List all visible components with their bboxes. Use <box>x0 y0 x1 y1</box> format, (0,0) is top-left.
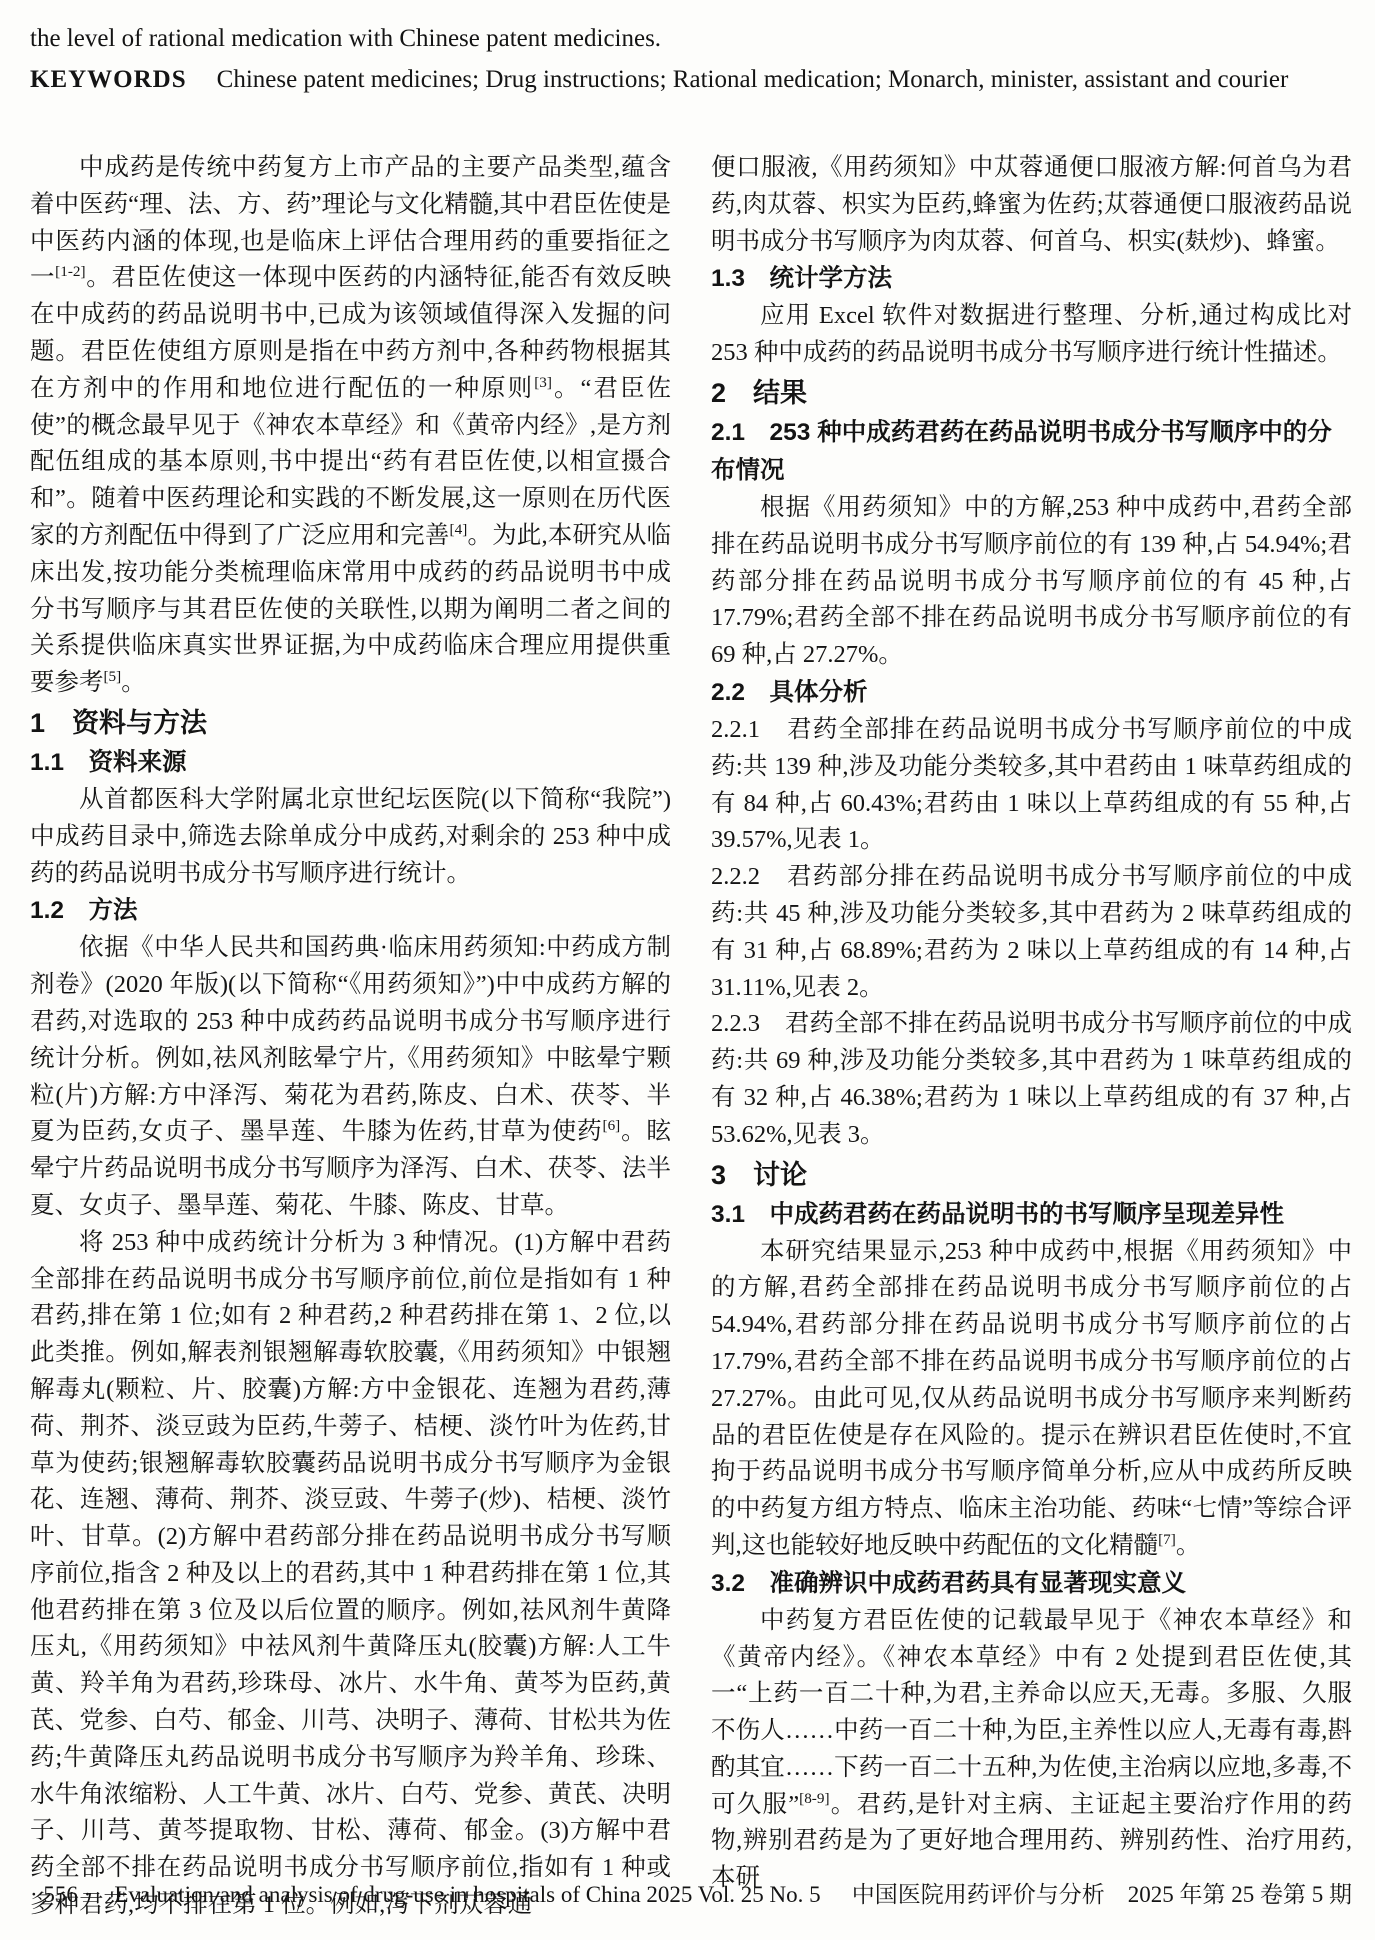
section-heading: 1.3 统计学方法 <box>711 260 1352 298</box>
paragraph: 本研究结果显示,253 种中成药中,根据《用药须知》中的方解,君药全部排在药品说… <box>711 1234 1352 1565</box>
abstract-keywords-block: the level of rational medication with Ch… <box>30 18 1352 100</box>
left-column: 中成药是传统中药复方上市产品的主要产品类型,蕴含着中医药“理、法、方、药”理论与… <box>30 150 671 1924</box>
page-footer: · 556 · Evaluation and analysis of drug-… <box>30 1880 1352 1910</box>
paragraph: 依据《中华人民共和国药典·临床用药须知:中药成方制剂卷》(2020 年版)(以下… <box>30 930 671 1224</box>
paragraph: 中成药是传统中药复方上市产品的主要产品类型,蕴含着中医药“理、法、方、药”理论与… <box>30 150 671 702</box>
paragraph: 2.2.3 君药全部不排在药品说明书成分书写顺序前位的中成药:共 69 种,涉及… <box>711 1006 1352 1153</box>
paragraph: 根据《用药须知》中的方解,253 种中成药中,君药全部排在药品说明书成分书写顺序… <box>711 490 1352 674</box>
section-heading: 2 结果 <box>711 372 1352 414</box>
section-heading: 1 资料与方法 <box>30 702 671 744</box>
keywords-label: KEYWORDS <box>30 66 187 93</box>
section-heading: 1.2 方法 <box>30 892 671 930</box>
paragraph: 便口服液,《用药须知》中苁蓉通便口服液方解:何首乌为君药,肉苁蓉、枳实为臣药,蜂… <box>711 150 1352 260</box>
section-heading: 1.1 资料来源 <box>30 744 671 782</box>
right-column: 便口服液,《用药须知》中苁蓉通便口服液方解:何首乌为君药,肉苁蓉、枳实为臣药,蜂… <box>711 150 1352 1924</box>
two-column-body: 中成药是传统中药复方上市产品的主要产品类型,蕴含着中医药“理、法、方、药”理论与… <box>30 150 1352 1924</box>
paragraph: 从首都医科大学附属北京世纪坛医院(以下简称“我院”)中成药目录中,筛选去除单成分… <box>30 782 671 892</box>
abstract-last-line: the level of rational medication with Ch… <box>30 18 1352 59</box>
section-heading: 3 讨论 <box>711 1154 1352 1196</box>
section-heading: 3.1 中成药君药在药品说明书的书写顺序呈现差异性 <box>711 1196 1352 1234</box>
footer-left-running-title: · 556 · Evaluation and analysis of drug-… <box>30 1880 821 1910</box>
keywords-line: KEYWORDSChinese patent medicines; Drug i… <box>30 59 1352 100</box>
paragraph: 应用 Excel 软件对数据进行整理、分析,通过构成比对 253 种中成药的药品… <box>711 298 1352 372</box>
paragraph: 2.2.2 君药部分排在药品说明书成分书写顺序前位的中成药:共 45 种,涉及功… <box>711 859 1352 1006</box>
section-heading: 3.2 准确辨识中成药君药具有显著现实意义 <box>711 1565 1352 1603</box>
footer-right-journal-name: 中国医院用药评价与分析 2025 年第 25 卷第 5 期 <box>852 1880 1352 1910</box>
journal-page: the level of rational medication with Ch… <box>0 0 1375 1940</box>
paragraph: 2.2.1 君药全部排在药品说明书成分书写顺序前位的中成药:共 139 种,涉及… <box>711 712 1352 859</box>
paragraph: 将 253 种中成药统计分析为 3 种情况。(1)方解中君药全部排在药品说明书成… <box>30 1225 671 1924</box>
paragraph: 中药复方君臣佐使的记载最早见于《神农本草经》和《黄帝内经》。《神农本草经》中有 … <box>711 1603 1352 1897</box>
section-heading: 2.2 具体分析 <box>711 674 1352 712</box>
keywords-text: Chinese patent medicines; Drug instructi… <box>217 66 1289 93</box>
section-heading: 2.1 253 种中成药君药在药品说明书成分书写顺序中的分布情况 <box>711 414 1352 490</box>
